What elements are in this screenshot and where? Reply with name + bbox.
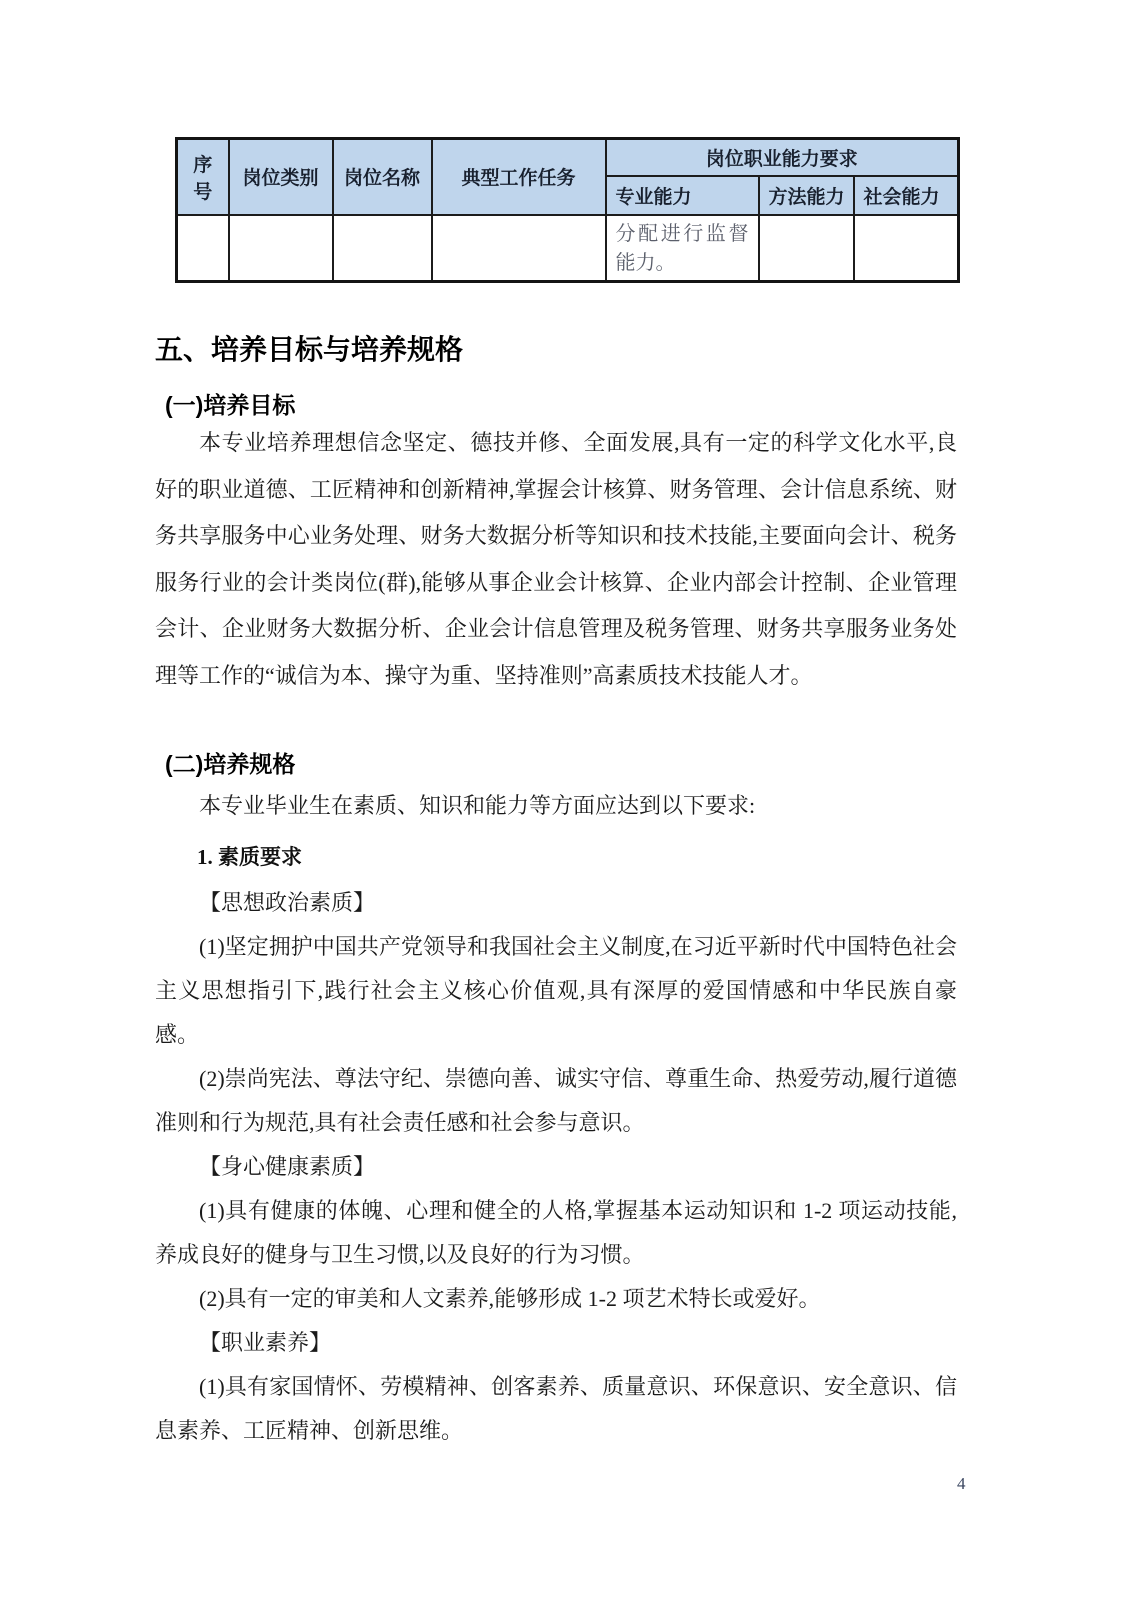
cell-category bbox=[229, 215, 333, 282]
subsection-heading-goal: (一)培养目标 bbox=[165, 389, 1065, 421]
sub-header-social: 社会能力 bbox=[854, 176, 959, 215]
quality-requirements-heading: 1. 素质要求 bbox=[155, 842, 957, 872]
cell-professional-ability: 分配进行监督能力。 bbox=[606, 215, 759, 282]
sub-header-professional: 专业能力 bbox=[606, 176, 759, 215]
col-header-task: 典型工作任务 bbox=[432, 139, 606, 215]
paragraph-spec-intro: 本专业毕业生在素质、知识和能力等方面应达到以下要求: bbox=[155, 783, 957, 829]
paragraph-health-item-1: (1)具有健康的体魄、心理和健全的人格,掌握基本运动知识和 1-2 项运动技能,… bbox=[155, 1189, 957, 1277]
paragraph-ideology-item-1: (1)坚定拥护中国共产党领导和我国社会主义制度,在习近平新时代中国特色社会主义思… bbox=[155, 925, 957, 1057]
label-career-quality: 【职业素养】 bbox=[155, 1321, 957, 1365]
col-header-category: 岗位类别 bbox=[229, 139, 333, 215]
cell-seq bbox=[177, 215, 229, 282]
subsection-heading-spec: (二)培养规格 bbox=[165, 748, 1065, 780]
cell-task bbox=[432, 215, 606, 282]
document-page: { "page": { "number": "4" }, "table": { … bbox=[0, 0, 1131, 1600]
quality-requirements-block: 【思想政治素质】 (1)坚定拥护中国共产党领导和我国社会主义制度,在习近平新时代… bbox=[155, 881, 957, 1453]
paragraph-health-item-2: (2)具有一定的审美和人文素养,能够形成 1-2 项艺术特长或爱好。 bbox=[155, 1277, 957, 1321]
col-header-name: 岗位名称 bbox=[333, 139, 432, 215]
col-group-header-ability: 岗位职业能力要求 bbox=[606, 139, 959, 176]
paragraph-career-item-1: (1)具有家国情怀、劳模精神、创客素养、质量意识、环保意识、安全意识、信息素养、… bbox=[155, 1365, 957, 1453]
sub-header-method: 方法能力 bbox=[759, 176, 854, 215]
table-row: 分配进行监督能力。 bbox=[177, 215, 959, 282]
paragraph-training-goal: 本专业培养理想信念坚定、德技并修、全面发展,具有一定的科学文化水平,良好的职业道… bbox=[155, 420, 957, 699]
section-heading: 五、培养目标与培养规格 bbox=[155, 330, 1055, 370]
label-ideology-quality: 【思想政治素质】 bbox=[155, 881, 957, 925]
cell-method-ability bbox=[759, 215, 854, 282]
label-health-quality: 【身心健康素质】 bbox=[155, 1145, 957, 1189]
cell-social-ability bbox=[854, 215, 959, 282]
cell-name bbox=[333, 215, 432, 282]
job-capability-table: 序号 岗位类别 岗位名称 典型工作任务 岗位职业能力要求 专业能力 方法能力 社… bbox=[175, 137, 960, 283]
col-header-seq: 序号 bbox=[177, 139, 229, 215]
page-number: 4 bbox=[957, 1472, 966, 1496]
paragraph-ideology-item-2: (2)崇尚宪法、尊法守纪、崇德向善、诚实守信、尊重生命、热爱劳动,履行道德准则和… bbox=[155, 1057, 957, 1145]
